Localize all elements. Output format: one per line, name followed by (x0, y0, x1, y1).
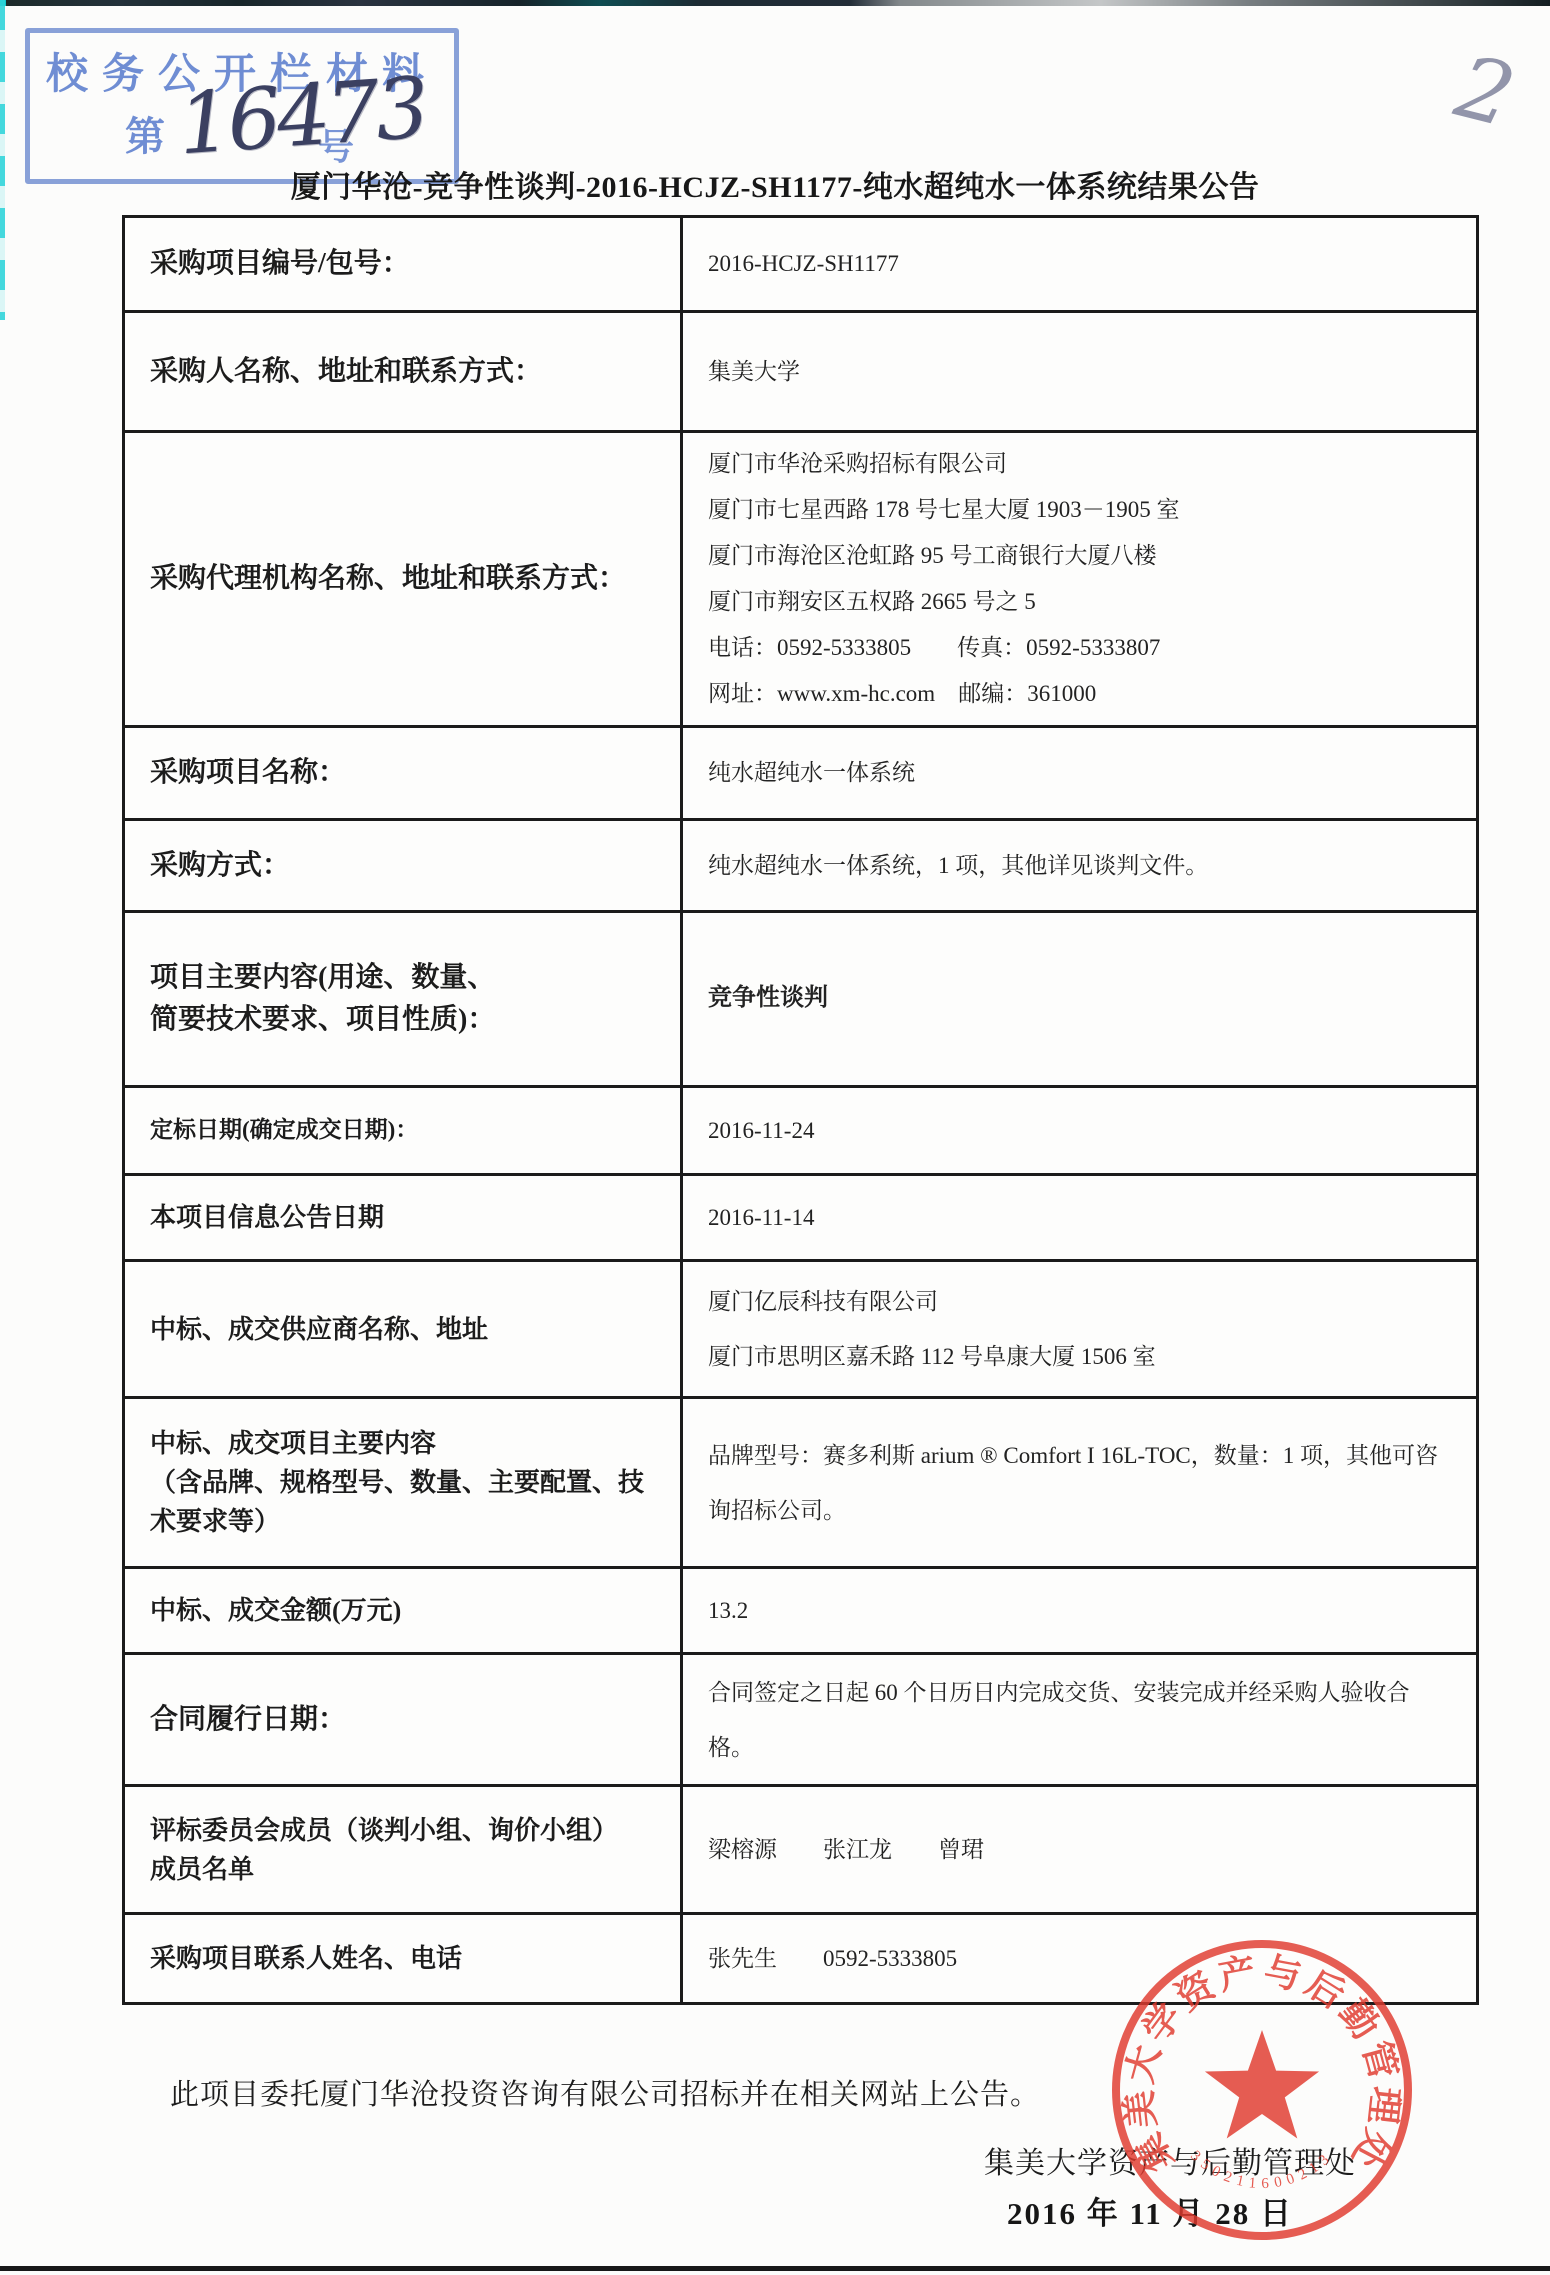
scan-edge-left-artifact (0, 0, 5, 320)
row-value: 厦门市华沧采购招标有限公司厦门市七星西路 178 号七星大厦 1903－1905… (683, 433, 1476, 725)
row-label: 中标、成交供应商名称、地址 (125, 1262, 683, 1396)
table-row: 中标、成交金额(万元)13.2 (125, 1566, 1476, 1652)
row-value-line: 厦门市翔安区五权路 2665 号之 5 (708, 579, 1448, 625)
row-value-line: 厦门市华沧采购招标有限公司 (708, 441, 1448, 487)
row-value: 13.2 (683, 1569, 1476, 1652)
row-value-line: 张先生 0592-5333805 (708, 1941, 1448, 1977)
row-value: 张先生 0592-5333805 (683, 1915, 1476, 2002)
row-label: 定标日期(确定成交日期)： (125, 1088, 683, 1173)
row-label: 采购人名称、地址和联系方式： (125, 313, 683, 430)
row-value: 竞争性谈判 (683, 913, 1476, 1085)
issuer-signature: 集美大学资产与后勤管理处 (960, 2138, 1380, 2182)
table-row: 采购方式：纯水超纯水一体系统，1 项，其他详见谈判文件。 (125, 818, 1476, 910)
row-value-line: 厦门市七星西路 178 号七星大厦 1903－1905 室 (708, 487, 1448, 533)
row-value-line: 13.2 (708, 1593, 1448, 1629)
scan-edge-top-artifact (0, 0, 1550, 6)
row-value: 品牌型号：赛多利斯 arium ® Comfort I 16L-TOC，数量：1… (683, 1399, 1476, 1566)
row-value-line: 集美大学 (708, 354, 1448, 390)
table-row: 本项目信息公告日期2016-11-14 (125, 1173, 1476, 1259)
row-value-line: 纯水超纯水一体系统，1 项，其他详见谈判文件。 (708, 848, 1448, 884)
table-row: 采购人名称、地址和联系方式：集美大学 (125, 310, 1476, 430)
blue-registry-stamp: 校务公开栏材料 第 号 16473 (25, 28, 459, 184)
row-value-line: 合同签定之日起 60 个日历日内完成交货、安装完成并经采购人验收合格。 (708, 1665, 1448, 1775)
row-value-line: 厦门亿辰科技有限公司 (708, 1274, 1448, 1329)
row-label: 项目主要内容(用途、数量、 简要技术要求、项目性质)： (125, 913, 683, 1085)
document-title: 厦门华沧-竞争性谈判-2016-HCJZ-SH1177-纯水超纯水一体系统结果公… (0, 162, 1550, 206)
table-row: 采购项目联系人姓名、电话张先生 0592-5333805 (125, 1912, 1476, 2002)
table-row: 定标日期(确定成交日期)：2016-11-24 (125, 1085, 1476, 1173)
row-label: 采购项目联系人姓名、电话 (125, 1915, 683, 2002)
row-value-line: 厦门市海沧区沧虹路 95 号工商银行大厦八楼 (708, 533, 1448, 579)
table-row: 中标、成交项目主要内容 （含品牌、规格型号、数量、主要配置、技术要求等）品牌型号… (125, 1396, 1476, 1566)
table-row: 采购项目编号/包号：2016-HCJZ-SH1177 (125, 218, 1476, 310)
row-value-line: 竞争性谈判 (708, 980, 1448, 1017)
row-value: 2016-HCJZ-SH1177 (683, 218, 1476, 310)
row-label: 中标、成交项目主要内容 （含品牌、规格型号、数量、主要配置、技术要求等） (125, 1399, 683, 1566)
row-label: 中标、成交金额(万元) (125, 1569, 683, 1652)
handwritten-page-mark: 2 (1447, 37, 1524, 147)
row-value-line: 厦门市思明区嘉禾路 112 号阜康大厦 1506 室 (708, 1329, 1448, 1384)
handwritten-number: 16473 (175, 58, 428, 173)
row-label: 采购项目编号/包号： (125, 218, 683, 310)
row-value-line: 梁榕源 张江龙 曾珺 (708, 1832, 1448, 1868)
row-value: 纯水超纯水一体系统 (683, 728, 1476, 818)
row-value-line: 2016-11-14 (708, 1200, 1448, 1236)
row-value: 梁榕源 张江龙 曾珺 (683, 1787, 1476, 1912)
row-label: 采购方式： (125, 821, 683, 910)
row-value: 合同签定之日起 60 个日历日内完成交货、安装完成并经采购人验收合格。 (683, 1655, 1476, 1784)
row-value-line: 品牌型号：赛多利斯 arium ® Comfort I 16L-TOC，数量：1… (708, 1428, 1448, 1538)
row-label: 本项目信息公告日期 (125, 1176, 683, 1259)
row-value-line: 纯水超纯水一体系统 (708, 755, 1448, 791)
row-value-line: 2016-HCJZ-SH1177 (708, 246, 1448, 282)
row-value-line: 网址：www.xm-hc.com 邮编：361000 (708, 671, 1448, 717)
issue-date: 2016 年 11 月 28 日 (980, 2188, 1320, 2233)
row-value: 纯水超纯水一体系统，1 项，其他详见谈判文件。 (683, 821, 1476, 910)
row-value: 2016-11-24 (683, 1088, 1476, 1173)
table-row: 评标委员会成员（谈判小组、询价小组） 成员名单梁榕源 张江龙 曾珺 (125, 1784, 1476, 1912)
row-value: 2016-11-14 (683, 1176, 1476, 1259)
row-label: 合同履行日期： (125, 1655, 683, 1784)
table-row: 合同履行日期：合同签定之日起 60 个日历日内完成交货、安装完成并经采购人验收合… (125, 1652, 1476, 1784)
row-value-line: 电话：0592-5333805 传真：0592-5333807 (708, 625, 1448, 671)
table-row: 中标、成交供应商名称、地址厦门亿辰科技有限公司厦门市思明区嘉禾路 112 号阜康… (125, 1259, 1476, 1396)
scan-edge-bottom-artifact (0, 2266, 1550, 2271)
row-value-line: 2016-11-24 (708, 1113, 1448, 1149)
footer-note: 此项目委托厦门华沧投资咨询有限公司招标并在相关网站上公告。 (170, 2072, 1040, 2113)
table-row: 采购项目名称：纯水超纯水一体系统 (125, 725, 1476, 818)
row-value: 集美大学 (683, 313, 1476, 430)
table-row: 采购代理机构名称、地址和联系方式：厦门市华沧采购招标有限公司厦门市七星西路 17… (125, 430, 1476, 725)
blue-stamp-number-prefix: 第 (125, 105, 165, 162)
row-label: 采购代理机构名称、地址和联系方式： (125, 433, 683, 725)
row-label: 采购项目名称： (125, 728, 683, 818)
row-value: 厦门亿辰科技有限公司厦门市思明区嘉禾路 112 号阜康大厦 1506 室 (683, 1262, 1476, 1396)
seal-star-icon (1205, 2030, 1319, 2139)
announcement-table: 采购项目编号/包号：2016-HCJZ-SH1177采购人名称、地址和联系方式：… (122, 215, 1479, 2005)
table-row: 项目主要内容(用途、数量、 简要技术要求、项目性质)：竞争性谈判 (125, 910, 1476, 1085)
row-label: 评标委员会成员（谈判小组、询价小组） 成员名单 (125, 1787, 683, 1912)
